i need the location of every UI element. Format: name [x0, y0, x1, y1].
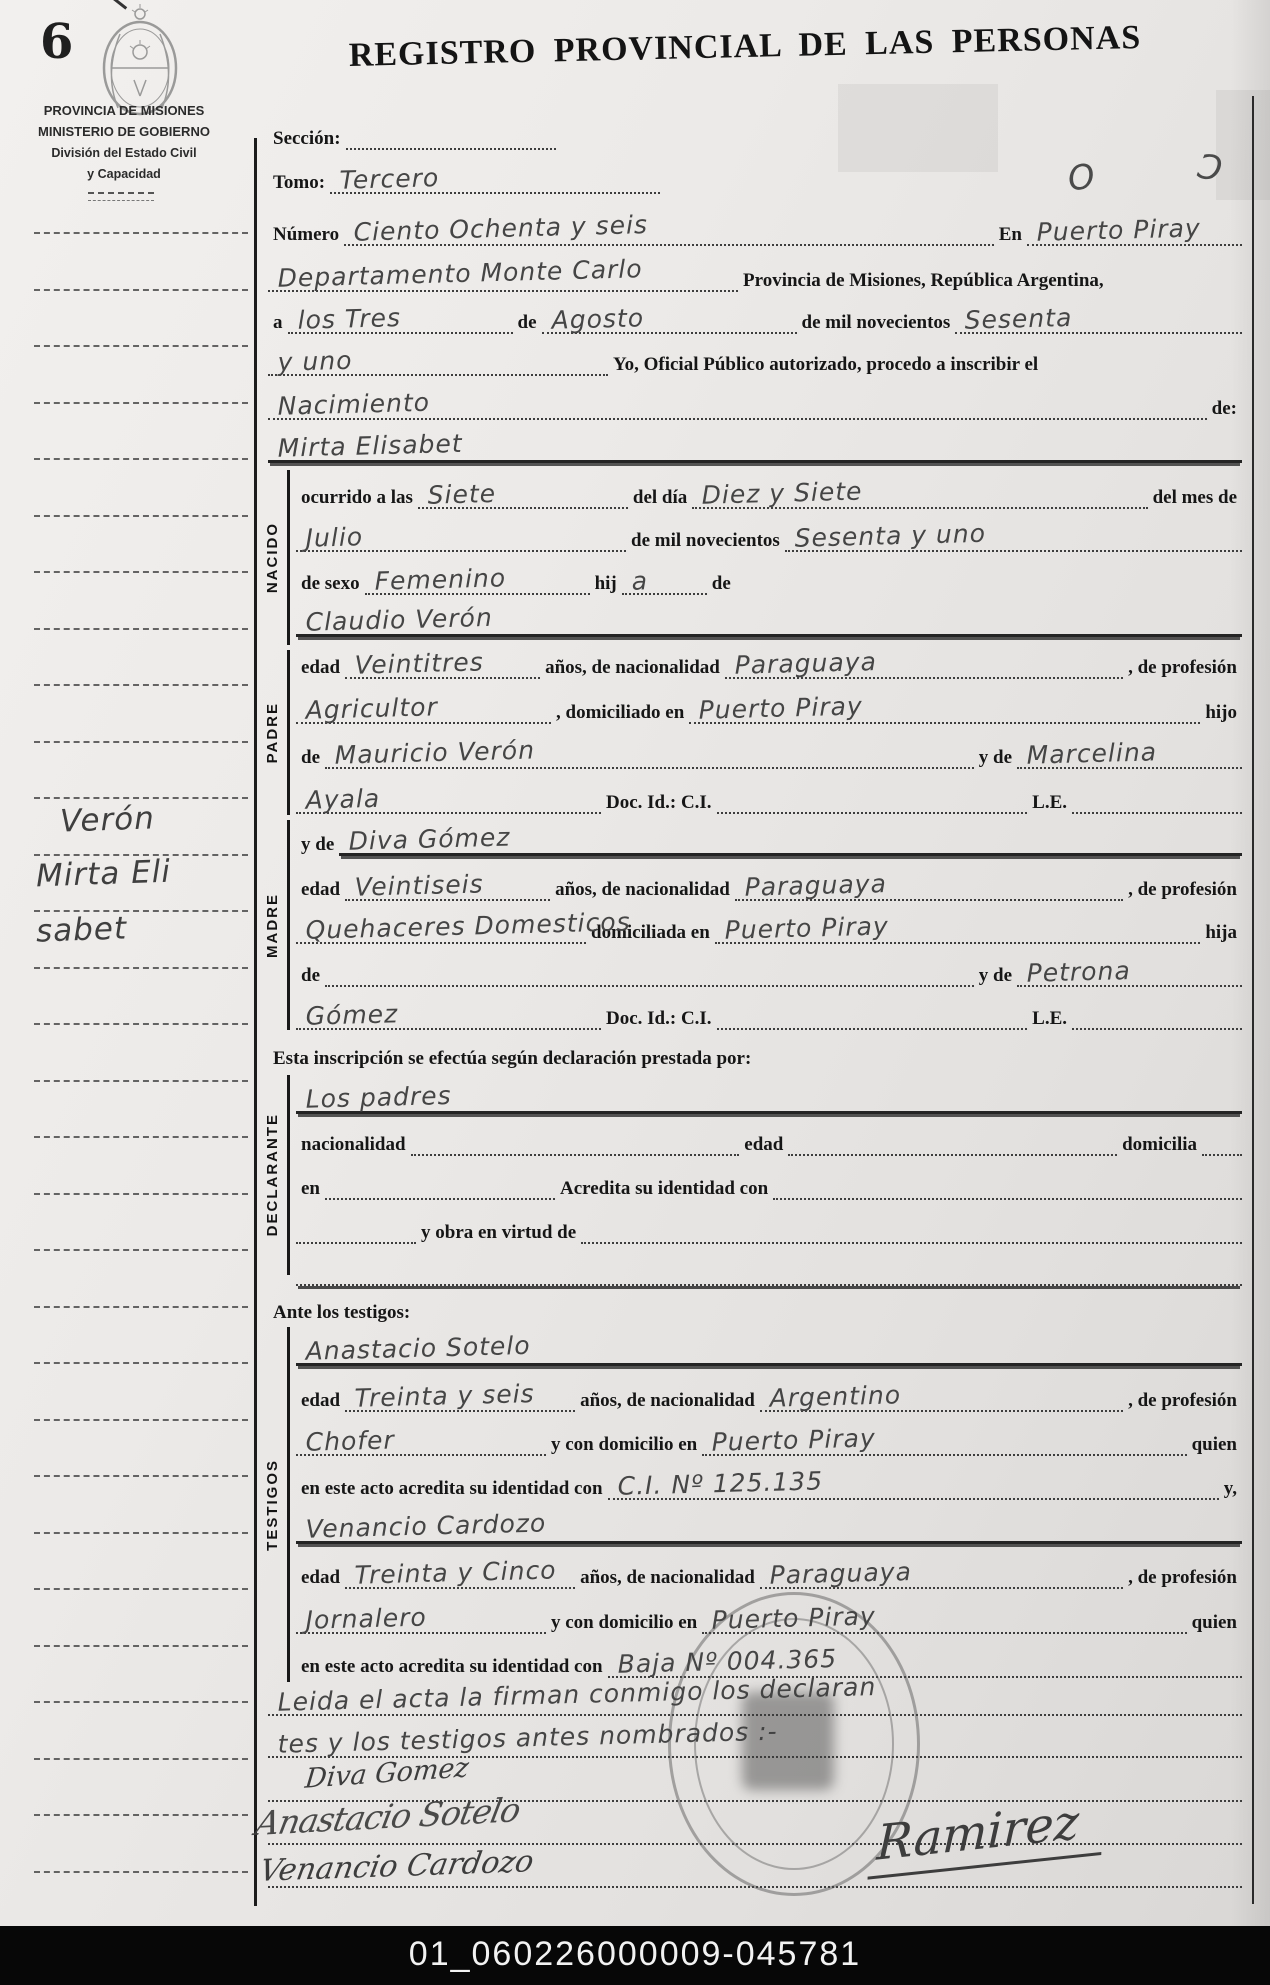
- row-madre-nombre: y de Diva Gómez: [296, 824, 1242, 856]
- blank-line: [788, 1122, 1117, 1156]
- abuela-materna-value: Petrona: [1016, 958, 1141, 986]
- abuela-paterna-apellido-line: Ayala: [296, 780, 601, 814]
- printed-label: Yo, Oficial Público autorizado, procedo …: [608, 354, 1043, 376]
- printed-label: de mil novecientos: [797, 312, 956, 334]
- sexo-value-line: Femenino: [365, 561, 590, 595]
- row-seccion: Sección:: [268, 118, 1242, 150]
- printed-label: y con domicilio en: [546, 1434, 702, 1456]
- abuela-materna-apellido-line: Gómez: [296, 996, 601, 1030]
- row-cierre-2: tes y los testigos antes nombrados :-: [268, 1726, 1242, 1758]
- printed-label: y de: [974, 747, 1017, 769]
- margin-rule-line: [34, 1532, 248, 1534]
- anio-nac-value: Sesenta y uno: [784, 520, 996, 551]
- blank-line: [1202, 1122, 1242, 1156]
- margin-rule-line: [34, 345, 248, 347]
- row-testigo1-nombre: Anastacio Sotelo: [296, 1334, 1242, 1366]
- dia-nac-value-line: Diez y Siete: [692, 475, 1147, 509]
- margin-rule-line: [34, 289, 248, 291]
- row-departamento: Departamento Monte Carlo Provincia de Mi…: [268, 260, 1242, 292]
- mes-value: Agosto: [541, 305, 654, 333]
- tomo-value: Tercero: [329, 165, 449, 193]
- testigo1-profesion-line: Chofer: [296, 1422, 546, 1456]
- printed-label: de: [513, 312, 542, 334]
- section-bracket: [287, 1075, 290, 1275]
- madre-domicilio-line: Puerto Piray: [715, 910, 1201, 944]
- blank-line: [1072, 780, 1242, 814]
- row-nacimiento-hora: ocurrido a las Siete del día Diez y Siet…: [296, 477, 1242, 509]
- row-testigo1-edad: edad Treinta y seis años, de nacionalida…: [296, 1380, 1242, 1412]
- declarante-quien-value: Los padres: [295, 1083, 462, 1112]
- printed-label: L.E.: [1027, 1008, 1072, 1030]
- row-testigo1-doc: en este acto acredita su identidad con C…: [296, 1468, 1242, 1500]
- margin-note-name-1: Mirta Eli: [35, 854, 171, 895]
- anio-value: Sesenta: [955, 305, 1083, 333]
- printed-label: domicilia: [1117, 1134, 1202, 1156]
- testigo2-doc-value: Baja Nº 004.365: [607, 1646, 847, 1677]
- margin-rule-line: [34, 1588, 248, 1590]
- row-madre-profesion: Quehaceres Domesticos domiciliada en Pue…: [296, 912, 1242, 944]
- row-cierre-1: Leida el acta la firman conmigo los decl…: [268, 1684, 1242, 1716]
- cierre-line-2: tes y los testigos antes nombrados :-: [268, 1724, 1242, 1758]
- lugar-value-line: Puerto Piray: [1027, 212, 1242, 246]
- padre-domicilio-value: Puerto Piray: [689, 693, 874, 723]
- testigo2-profesion-value: Jornalero: [295, 1604, 437, 1633]
- madre-profesion-line: Quehaceres Domesticos: [296, 910, 586, 944]
- page-number: 6: [40, 14, 73, 70]
- blank-line: [325, 1166, 555, 1200]
- margin-rule-line: [34, 571, 248, 573]
- printed-label: edad: [296, 657, 345, 679]
- printed-label: Tomo:: [268, 172, 330, 194]
- margin-rule-line: [34, 1645, 248, 1647]
- printed-label: hij: [590, 573, 622, 595]
- printed-label: En: [994, 224, 1027, 246]
- departamento-value-line: Departamento Monte Carlo: [268, 258, 738, 292]
- margin-note-name-2: sabet: [35, 910, 127, 949]
- printed-label: de: [296, 747, 325, 769]
- margin-rule-line: [34, 232, 248, 234]
- row-testigo2-edad: edad Treinta y Cinco años, de nacionalid…: [296, 1557, 1242, 1589]
- office-line: División del Estado Civil: [28, 143, 220, 164]
- printed-label: hijo: [1200, 702, 1242, 724]
- testigo2-domicilio-value: Puerto Piray: [702, 1603, 887, 1633]
- margin-rule-line: [34, 854, 248, 856]
- section-bracket: [287, 650, 290, 815]
- margin-rule-line: [34, 402, 248, 404]
- departamento-value: Departamento Monte Carlo: [267, 256, 653, 291]
- anio-nac-value-line: Sesenta y uno: [785, 518, 1242, 552]
- margin-rule-line: [34, 1080, 248, 1082]
- section-label-declarante: DECLARANTE: [258, 1075, 286, 1275]
- office-line: y Capacidad: [28, 164, 220, 185]
- hij-sufijo-line: a: [622, 561, 707, 595]
- padre-nombre: Claudio Verón: [295, 605, 503, 635]
- testigo1-edad-value: Treinta y seis: [344, 1381, 545, 1411]
- printed-label: años, de nacionalidad: [550, 879, 735, 901]
- dia-value-line: los Tres: [288, 300, 513, 334]
- abuelo-paterno-line: Mauricio Verón: [325, 735, 974, 769]
- birth-certificate-scan: 6 REGISTRO PROVINCIAL DE LAS PERSONAS PR…: [0, 0, 1270, 1985]
- tomo-value-line: Tercero: [330, 160, 660, 194]
- office-line: MINISTERIO DE GOBIERNO: [28, 121, 220, 142]
- mes-nac-value-line: Julio: [296, 518, 626, 552]
- row-madre-doc: Gómez Doc. Id.: C.I. L.E.: [296, 998, 1242, 1030]
- left-column-rule: [254, 138, 257, 1906]
- madre-nacionalidad-line: Paraguaya: [735, 867, 1123, 901]
- printed-label: de:: [1207, 398, 1242, 420]
- margin-rule-line: [34, 1249, 248, 1251]
- testigo1-nombre-line: Anastacio Sotelo: [296, 1331, 1242, 1366]
- mes-value-line: Agosto: [542, 300, 797, 334]
- printed-label: hija: [1200, 922, 1242, 944]
- acto-value-line: Nacimiento: [268, 386, 1207, 420]
- printed-label: y obra en virtud de: [416, 1222, 581, 1244]
- cierre-line-1: Leida el acta la firman conmigo los decl…: [268, 1682, 1242, 1716]
- abuela-materna-apellido: Gómez: [295, 1001, 408, 1029]
- margin-rule-line: [34, 1871, 248, 1873]
- madre-nombre: Diva Gómez: [339, 824, 521, 854]
- margin-rule-line: [34, 1419, 248, 1421]
- margin-rule-line: [34, 684, 248, 686]
- section-bracket: [287, 1327, 290, 1682]
- row-testigo2-doc: en este acto acredita su identidad con B…: [296, 1646, 1242, 1678]
- row-inscripto: Mirta Elisabet: [268, 431, 1242, 463]
- testigo1-domicilio-value: Puerto Piray: [702, 1425, 887, 1455]
- anio-value-line: Sesenta: [955, 300, 1242, 334]
- madre-edad-line: Veintiseis: [345, 867, 550, 901]
- blank-line: [717, 996, 1028, 1030]
- printed-label: del mes de: [1148, 487, 1242, 509]
- blank-line: [296, 1210, 416, 1244]
- printed-label: edad: [296, 1390, 345, 1412]
- acto-value: Nacimiento: [267, 389, 440, 419]
- abuela-paterna-line: Marcelina: [1017, 735, 1242, 769]
- dia-value: los Tres: [287, 305, 411, 333]
- section-label-madre: MADRE: [258, 820, 286, 1030]
- printed-label: nacionalidad: [296, 1134, 411, 1156]
- printed-label: del día: [628, 487, 692, 509]
- printed-label: quien: [1187, 1434, 1242, 1456]
- row-declarante-quien: Los padres: [296, 1082, 1242, 1114]
- printed-label: quien: [1187, 1612, 1242, 1634]
- printed-label: en: [296, 1178, 325, 1200]
- margin-rule-line: [34, 1475, 248, 1477]
- margin-rule-line: [34, 967, 248, 969]
- printed-label: de: [707, 573, 736, 595]
- declarante-quien-line: Los padres: [296, 1079, 1242, 1114]
- row-declarante-virtud: y obra en virtud de: [296, 1212, 1242, 1244]
- padre-nacionalidad-line: Paraguaya: [725, 645, 1123, 679]
- printed-label: de mil novecientos: [626, 530, 785, 552]
- printed-label: y con domicilio en: [546, 1612, 702, 1634]
- testigo1-doc-value: C.I. Nº 125.135: [607, 1468, 833, 1499]
- margin-rule-line: [34, 797, 248, 799]
- testigo1-profesion-value: Chofer: [295, 1427, 405, 1455]
- madre-domicilio-value: Puerto Piray: [714, 913, 899, 943]
- margin-rule-line: [34, 1362, 248, 1364]
- margin-rule-line: [34, 1136, 248, 1138]
- printed-label: Doc. Id.: C.I.: [601, 792, 717, 814]
- madre-edad-value: Veintiseis: [344, 871, 494, 900]
- row-fecha: a los Tres de Agosto de mil novecientos …: [268, 302, 1242, 334]
- printed-label: Ante los testigos:: [268, 1302, 415, 1324]
- padre-profesion-line: Agricultor: [296, 690, 551, 724]
- margin-rule-line: [34, 1306, 248, 1308]
- madre-nacionalidad-value: Paraguaya: [734, 871, 897, 900]
- row-declarante-domicilio: en Acredita su identidad con: [296, 1168, 1242, 1200]
- testigo1-edad-line: Treinta y seis: [345, 1378, 575, 1412]
- printed-label: años, de nacionalidad: [540, 657, 725, 679]
- issuing-office: PROVINCIA DE MISIONES MINISTERIO DE GOBI…: [28, 100, 220, 184]
- scan-code-bar: 01_060226000009-045781: [0, 1926, 1270, 1985]
- abuela-paterna-value: Marcelina: [1016, 739, 1167, 768]
- printed-label: a: [268, 312, 288, 334]
- row-acto: Nacimiento de:: [268, 388, 1242, 420]
- right-edge-rule: [1252, 96, 1254, 1904]
- printed-label: , de profesión: [1123, 1390, 1242, 1412]
- numero-value-line: Ciento Ochenta y seis: [344, 212, 994, 246]
- row-testigo2-domicilio: Jornalero y con domicilio en Puerto Pira…: [296, 1602, 1242, 1634]
- inscripto-nombre-line: Mirta Elisabet: [268, 428, 1242, 463]
- printed-label: años, de nacionalidad: [575, 1390, 760, 1412]
- printed-label: Doc. Id.: C.I.: [601, 1008, 717, 1030]
- row-testigo1-domicilio: Chofer y con domicilio en Puerto Piray q…: [296, 1424, 1242, 1456]
- testigo1-domicilio-line: Puerto Piray: [702, 1422, 1186, 1456]
- margin-rule-line: [34, 910, 248, 912]
- printed-label: años, de nacionalidad: [575, 1567, 760, 1589]
- printed-label: Sección:: [268, 128, 346, 150]
- cierre-texto-1: Leida el acta la firman conmigo los decl…: [267, 1674, 886, 1715]
- padre-profesion-value: Agricultor: [295, 694, 448, 723]
- testigo2-nombre-line: Venancio Cardozo: [296, 1509, 1242, 1544]
- anio-cont-line: y uno: [268, 342, 608, 376]
- padre-nacionalidad-value: Paraguaya: [724, 649, 887, 678]
- blank-line: [325, 953, 974, 987]
- row-nacimiento-mes: Julio de mil novecientos Sesenta y uno: [296, 520, 1242, 552]
- row-numero: Número Ciento Ochenta y seis En Puerto P…: [268, 214, 1242, 246]
- printed-label: y,: [1219, 1478, 1242, 1500]
- madre-nombre-line: Diva Gómez: [339, 821, 1242, 856]
- blank-line: [346, 116, 556, 150]
- testigo2-nacionalidad-value: Paraguaya: [759, 1559, 922, 1588]
- testigo2-profesion-line: Jornalero: [296, 1600, 546, 1634]
- printed-label: , de profesión: [1123, 1567, 1242, 1589]
- section-label-testigos: TESTIGOS: [258, 1327, 286, 1682]
- testigo1-doc-line: C.I. Nº 125.135: [608, 1466, 1219, 1500]
- blank-line: [717, 780, 1028, 814]
- printed-label: Número: [268, 224, 344, 246]
- row-tomo: Tomo: Tercero: [268, 162, 1242, 194]
- printed-label: , de profesión: [1123, 879, 1242, 901]
- row-padre-profesion: Agricultor , domiciliado en Puerto Piray…: [296, 692, 1242, 724]
- printed-label: y de: [974, 965, 1017, 987]
- printed-label: , de profesión: [1123, 657, 1242, 679]
- printed-label: edad: [296, 1567, 345, 1589]
- padre-domicilio-line: Puerto Piray: [689, 690, 1200, 724]
- row-sexo: de sexo Femenino hij a de: [296, 563, 1242, 595]
- margin-rule-line: [34, 458, 248, 460]
- row-declarante-cierre: [296, 1254, 1242, 1286]
- testigo2-nombre: Venancio Cardozo: [295, 1510, 556, 1542]
- row-padre-doc: Ayala Doc. Id.: C.I. L.E.: [296, 782, 1242, 814]
- printed-label: L.E.: [1027, 792, 1072, 814]
- printed-label: edad: [739, 1134, 788, 1156]
- margin-rule-line: [34, 515, 248, 517]
- testigo2-doc-line: Baja Nº 004.365: [608, 1644, 1242, 1678]
- row-padre-edad: edad Veintitres años, de nacionalidad Pa…: [296, 647, 1242, 679]
- testigo1-nacionalidad-line: Argentino: [760, 1378, 1123, 1412]
- printed-label: Provincia de Misiones, República Argenti…: [738, 270, 1109, 292]
- row-declaracion-intro: Esta inscripción se efectúa según declar…: [268, 1038, 1242, 1070]
- printed-label: en este acto acredita su identidad con: [296, 1656, 608, 1678]
- page-title: REGISTRO PROVINCIAL DE LAS PERSONAS: [340, 19, 1151, 75]
- margin-rule-line: [34, 1193, 248, 1195]
- testigo1-nacionalidad-value: Argentino: [759, 1382, 911, 1411]
- margin-rule-line: [34, 1758, 248, 1760]
- abuela-materna-line: Petrona: [1017, 953, 1242, 987]
- margin-rule-line: [34, 1701, 248, 1703]
- printed-label: de sexo: [296, 573, 365, 595]
- row-declarante-datos: nacionalidad edad domicilia: [296, 1124, 1242, 1156]
- margin-rule-line: [34, 1023, 248, 1025]
- section-label-padre: PADRE: [258, 650, 286, 815]
- testigo2-edad-line: Treinta y Cinco: [345, 1555, 575, 1589]
- row-abuelos-paternos: de Mauricio Verón y de Marcelina: [296, 737, 1242, 769]
- dia-nac-value: Diez y Siete: [692, 478, 873, 508]
- row-anio-cont: y uno Yo, Oficial Público autorizado, pr…: [268, 344, 1242, 376]
- margin-rule-line: [34, 1814, 248, 1816]
- printed-label: Esta inscripción se efectúa según declar…: [268, 1048, 756, 1070]
- hora-value-line: Siete: [418, 475, 628, 509]
- margin-rule-line: [34, 741, 248, 743]
- margin-rule-line: [34, 628, 248, 630]
- printed-label: y de: [296, 834, 339, 856]
- testigo1-nombre: Anastacio Sotelo: [295, 1333, 541, 1364]
- printed-label: de: [296, 965, 325, 987]
- row-madre-edad: edad Veintiseis años, de nacionalidad Pa…: [296, 869, 1242, 901]
- blank-line: [581, 1210, 1242, 1244]
- padre-nombre-line: Claudio Verón: [296, 602, 1242, 637]
- testigo2-nacionalidad-line: Paraguaya: [760, 1555, 1123, 1589]
- row-padre-nombre: Claudio Verón: [296, 605, 1242, 637]
- blank-line: [773, 1166, 1242, 1200]
- scan-code: 01_060226000009-045781: [0, 1926, 1270, 1974]
- cierre-texto-2: tes y los testigos antes nombrados :-: [267, 1718, 788, 1757]
- printed-label: edad: [296, 879, 345, 901]
- sexo-value: Femenino: [364, 565, 516, 594]
- printed-label: , domiciliado en: [551, 702, 689, 724]
- padre-edad-line: Veintitres: [345, 645, 540, 679]
- printed-label: en este acto acredita su identidad con: [296, 1478, 608, 1500]
- anio-value-2: y uno: [267, 348, 362, 375]
- margin-note-surname: Verón: [59, 800, 155, 839]
- row-testigo2-nombre: Venancio Cardozo: [296, 1512, 1242, 1544]
- blank-line: [411, 1122, 740, 1156]
- hora-value: Siete: [417, 481, 506, 508]
- numero-value: Ciento Ochenta y seis: [344, 212, 659, 245]
- divider: [88, 192, 154, 201]
- printed-label: ocurrido a las: [296, 487, 418, 509]
- hij-sufijo: a: [621, 568, 658, 594]
- printed-label: Acredita su identidad con: [555, 1178, 773, 1200]
- blank-line: [1072, 996, 1242, 1030]
- row-abuelos-maternos: de y de Petrona: [296, 955, 1242, 987]
- inscripto-nombre: Mirta Elisabet: [267, 431, 473, 461]
- abuela-paterna-apellido: Ayala: [295, 786, 390, 813]
- blank-line: [296, 1252, 1242, 1286]
- abuelo-paterno-value: Mauricio Verón: [324, 737, 545, 768]
- testigo2-edad-value: Treinta y Cinco: [344, 1557, 566, 1588]
- office-line: PROVINCIA DE MISIONES: [28, 100, 220, 121]
- lugar-value: Puerto Piray: [1026, 215, 1211, 245]
- testigo2-domicilio-line: Puerto Piray: [702, 1600, 1186, 1634]
- section-bracket: [287, 820, 290, 1030]
- padre-edad-value: Veintitres: [344, 649, 494, 678]
- section-label-nacido: NACIDO: [258, 470, 286, 645]
- row-testigos-intro: Ante los testigos:: [268, 1292, 1242, 1324]
- section-bracket: [287, 470, 290, 645]
- mes-nac-value: Julio: [295, 524, 373, 551]
